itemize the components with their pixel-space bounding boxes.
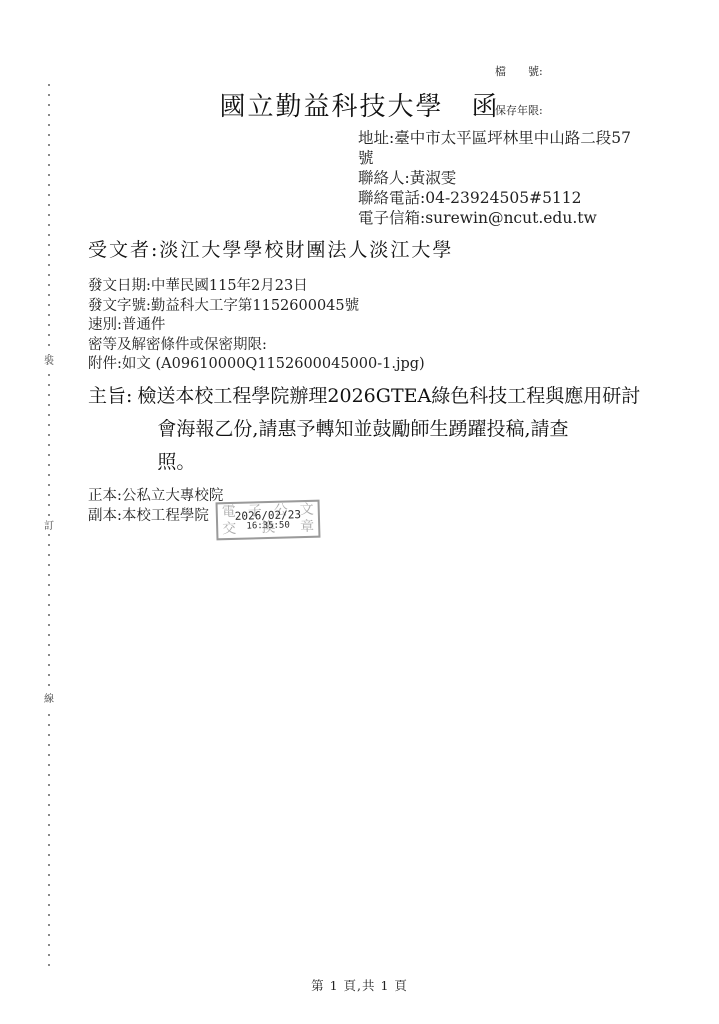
subject-block: 主旨: 檢送本校工程學院辦理2026GTEA綠色科技工程與應用研討 會海報乙份,…: [88, 380, 640, 479]
copies-block: 正本:公私立大專校院 副本:本校工程學院: [88, 486, 223, 526]
document-title: 國立勤益科技大學 函: [0, 86, 719, 123]
sender-phone: 聯絡電話:04-23924505#5112: [358, 188, 631, 208]
subject-line-2: 會海報乙份,請惠予轉知並鼓勵師生踴躍投稿,請查: [137, 413, 640, 446]
sender-contact-person: 聯絡人:黃淑雯: [358, 168, 631, 188]
cc-copy-line: 副本:本校工程學院: [88, 506, 223, 526]
binding-mark-ding: 訂: [41, 520, 57, 533]
electronic-exchange-stamp: 電 子 公 文 交 換 章 2026/02/23 16:35:50: [216, 500, 321, 541]
file-number-label: 檔 號:: [495, 65, 543, 78]
binding-mark-zhuang: 裝: [41, 355, 57, 368]
page-number-footer: 第 1 頁,共 1 頁: [0, 976, 719, 994]
issue-date-line: 發文日期:中華民國115年2月23日: [88, 277, 425, 297]
subject-label: 主旨:: [88, 380, 132, 479]
binding-mark-xian: 線: [41, 693, 57, 706]
recipient-line: 受文者:淡江大學學校財團法人淡江大學: [88, 235, 453, 262]
sender-address-line2: 號: [358, 148, 631, 168]
security-line: 密等及解密條件或保密期限:: [88, 336, 425, 356]
subject-line-1: 檢送本校工程學院辦理2026GTEA綠色科技工程與應用研討: [137, 380, 640, 413]
subject-line-3: 照。: [137, 446, 640, 479]
speed-line: 速別:普通件: [88, 316, 425, 336]
sender-info-block: 地址:臺中市太平區坪林里中山路二段57 號 聯絡人:黃淑雯 聯絡電話:04-23…: [358, 128, 631, 228]
original-copy-line: 正本:公私立大專校院: [88, 486, 223, 506]
attachment-line: 附件:如文 (A09610000Q1152600045000-1.jpg): [88, 355, 425, 375]
stamp-date: 2026/02/23: [235, 509, 301, 522]
sender-email: 電子信箱:surewin@ncut.edu.tw: [358, 208, 631, 228]
meta-block: 發文日期:中華民國115年2月23日 發文字號:勤益科大工字第115260004…: [88, 277, 425, 375]
stamp-time: 16:35:50: [246, 521, 290, 531]
stamp-datetime: 2026/02/23 16:35:50: [218, 502, 319, 539]
subject-text: 檢送本校工程學院辦理2026GTEA綠色科技工程與應用研討 會海報乙份,請惠予轉…: [137, 380, 640, 479]
doc-number-line: 發文字號:勤益科大工字第1152600045號: [88, 297, 425, 317]
document-page: 檔 號: 保存年限: 國立勤益科技大學 函 地址:臺中市太平區坪林里中山路二段5…: [0, 0, 719, 1024]
sender-address-line1: 地址:臺中市太平區坪林里中山路二段57: [358, 128, 631, 148]
